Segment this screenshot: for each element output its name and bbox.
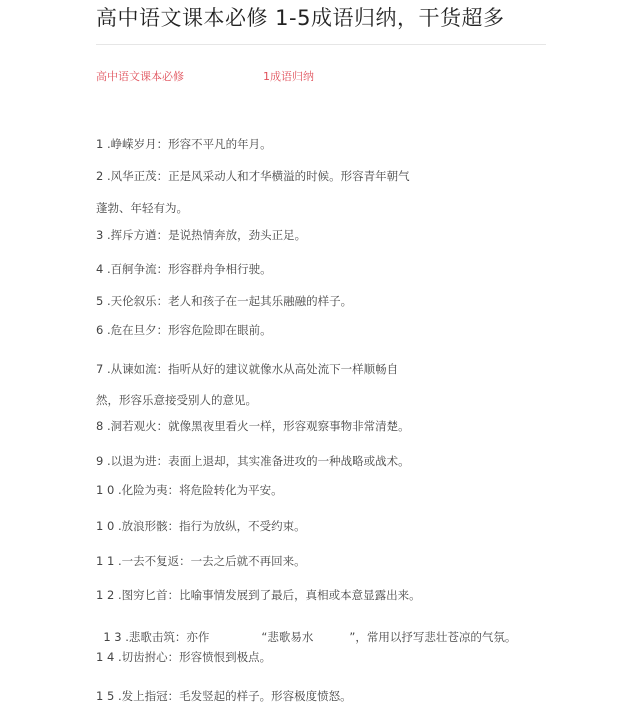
idiom-line: 1 0 .化险为夷：将危险转化为平安。 bbox=[96, 482, 283, 498]
idiom-line: 8 .洞若观火：就像黑夜里看火一样，形容观察事物非常清楚。 bbox=[96, 418, 410, 434]
idiom-line: 1 2 .图穷匕首：比喻事情发展到了最后，真相或本意显露出来。 bbox=[96, 587, 421, 603]
idiom-line: 1 .峥嵘岁月：形容不平凡的年月。 bbox=[96, 136, 272, 152]
idiom-line: 4 .百舸争流：形容群舟争相行驶。 bbox=[96, 261, 272, 277]
idiom-line: 1 5 .发上指冠：毛发竖起的样子。形容极度愤怒。 bbox=[96, 688, 352, 704]
article-title: 高中语文课本必修 1-5成语归纳，干货超多 bbox=[96, 2, 504, 32]
idiom-line: 3 .挥斥方遒：是说热情奔放，劲头正足。 bbox=[96, 227, 306, 243]
idiom-line: 5 .天伦叙乐：老人和孩子在一起其乐融融的样子。 bbox=[96, 293, 352, 309]
idiom-13-part1: 1 3 .悲歌击筑：亦作 bbox=[103, 630, 209, 644]
idiom-line: 1 0 .放浪形骸：指行为放纵，不受约束。 bbox=[96, 518, 306, 534]
idiom-line: 9 .以退为进：表面上退却，其实准备进攻的一种战略或战术。 bbox=[96, 453, 410, 469]
idiom-line: 然，形容乐意接受别人的意见。 bbox=[96, 392, 257, 408]
idiom-line-13: 1 3 .悲歌击筑：亦作“悲歌易水”，常用以抒写悲壮苍凉的气氛。 bbox=[96, 615, 516, 645]
idiom-13-part3: ”，常用以抒写悲壮苍凉的气氛。 bbox=[349, 630, 516, 644]
subtitle-right: 1成语归纳 bbox=[263, 68, 314, 84]
title-divider bbox=[96, 44, 546, 45]
idiom-line: 蓬勃、年轻有为。 bbox=[96, 200, 188, 216]
idiom-line: 1 4 .切齿拊心：形容愤恨到极点。 bbox=[96, 649, 271, 665]
idiom-line: 1 1 .一去不复返：一去之后就不再回来。 bbox=[96, 553, 306, 569]
idiom-13-part2: “悲歌易水 bbox=[261, 630, 313, 644]
idiom-line: 7 .从谏如流：指听从好的建议就像水从高处流下一样顺畅自 bbox=[96, 361, 398, 377]
subtitle-left: 高中语文课本必修 bbox=[96, 68, 184, 84]
idiom-line: 2 .风华正茂：正是风采动人和才华横溢的时候。形容青年朝气 bbox=[96, 168, 410, 184]
idiom-line: 6 .危在旦夕：形容危险即在眼前。 bbox=[96, 322, 272, 338]
